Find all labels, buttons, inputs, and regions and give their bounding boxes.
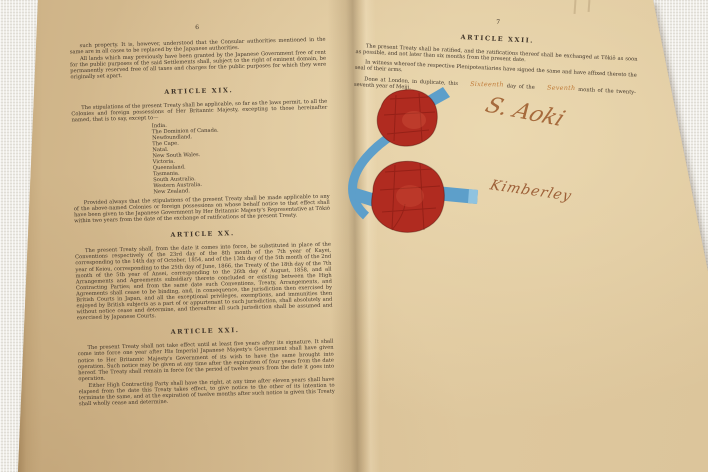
signature-kimberley: Kimberley: [488, 178, 574, 205]
wax-seal-upper: [377, 90, 437, 147]
paragraph: Provided always that the stipulations of…: [74, 193, 331, 224]
left-page-number: 6: [69, 21, 325, 35]
wax-seal-lower-highlight: [396, 185, 424, 207]
handwritten-month: Seventh: [537, 85, 576, 92]
paper-sheet-wrap: 6 such property. It is, however, underst…: [0, 0, 708, 472]
paragraph: The present Treaty shall not take effect…: [77, 339, 334, 382]
article-xix-heading: ARTICLE XIX.: [71, 83, 327, 98]
wax-seal-upper-impression: [384, 93, 435, 141]
treaty-paper-spread: 6 such property. It is, however, underst…: [0, 0, 708, 472]
paper-crease: [588, 0, 591, 12]
wax-seal-lower: [372, 161, 445, 232]
ribbon-right-stub: [435, 186, 478, 204]
wax-seal-upper-highlight: [402, 111, 426, 129]
paper-left-edge-shadow: [18, 0, 42, 472]
printed-text: day of the: [504, 84, 537, 92]
right-page: 7 ARTICLE XXII. The present Treaty shall…: [354, 2, 640, 106]
ribbon-right-stub-tip: [468, 189, 478, 204]
left-page: 6 such property. It is, however, underst…: [69, 15, 335, 409]
paragraph: The present Treaty shall, from the date …: [75, 242, 333, 322]
photo-of-treaty-document: 6 such property. It is, however, underst…: [0, 0, 708, 472]
article-xxi-heading: ARTICLE XXI.: [77, 324, 333, 339]
wax-seal-lower-impression: [380, 163, 440, 230]
handwritten-day: Sixteenth: [461, 81, 505, 88]
article-xx-heading: ARTICLE XX.: [75, 227, 331, 242]
colonies-list: India. The Dominion of Canada. Newfoundl…: [152, 119, 330, 196]
